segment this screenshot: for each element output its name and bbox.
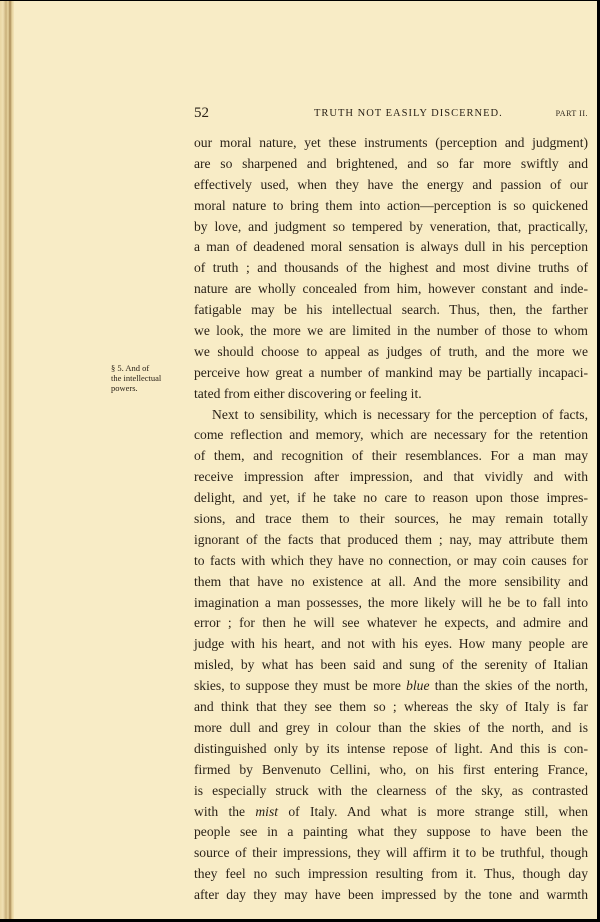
text-fragment: with the: [194, 804, 255, 819]
text-line: nature are wholly concealed from him, ho…: [194, 279, 588, 300]
text-line: people see in a painting what they suppo…: [194, 822, 588, 843]
text-line: to facts with which they have no connect…: [194, 551, 588, 572]
text-line: our moral nature, yet these instruments …: [194, 133, 588, 154]
part-label: PART II.: [556, 109, 588, 118]
text-line: we should choose to appeal as judges of …: [194, 342, 588, 363]
text-line: they feel no such impression resulting f…: [194, 864, 588, 885]
paragraph-1: our moral nature, yet these instruments …: [194, 133, 588, 405]
text-line: receive impression after impression, and…: [194, 467, 588, 488]
text-line: of truth ; and thousands of the highest …: [194, 258, 588, 279]
text-line: moral nature to bring them into action—p…: [194, 196, 588, 217]
margin-note: § 5. And of the intellectual powers.: [111, 363, 193, 393]
text-line: sions, and trace them to their sources, …: [194, 509, 588, 530]
text-line: tated from either discovering or feeling…: [194, 384, 588, 405]
text-line: by love, and judgment so tempered by ven…: [194, 217, 588, 238]
text-line: imagination a man possesses, the more li…: [194, 593, 588, 614]
body-text: our moral nature, yet these instruments …: [194, 133, 588, 906]
text-line: source of their impressions, they will a…: [194, 843, 588, 864]
text-line: Next to sensibility, which is necessary …: [194, 405, 588, 426]
text-line: them that have no existence at all. And …: [194, 572, 588, 593]
text-line: effectively used, when they have the ene…: [194, 175, 588, 196]
paragraph-2: Next to sensibility, which is necessary …: [194, 405, 588, 906]
page-number: 52: [194, 105, 209, 122]
text-line: ignorant of the facts that produced them…: [194, 530, 588, 551]
text-line: distinguished only by its intense repose…: [194, 739, 588, 760]
text-fragment: than the skies of the north,: [429, 678, 588, 693]
book-page: 52 TRUTH NOT EASILY DISCERNED. PART II. …: [0, 0, 597, 919]
text-line: are so sharpened and brightened, and so …: [194, 154, 588, 175]
text-fragment: of Italy. And what is more strange still…: [278, 804, 588, 819]
text-line: error ; for then he will see whatever he…: [194, 613, 588, 634]
text-line: fatigable may be his intellectual search…: [194, 300, 588, 321]
text-line: come reflection and memory, which are ne…: [194, 425, 588, 446]
emphasis-blue: blue: [406, 678, 429, 693]
running-head: 52 TRUTH NOT EASILY DISCERNED. PART II.: [194, 105, 588, 123]
text-line-with-emphasis: with the mist of Italy. And what is more…: [194, 802, 588, 823]
text-line: more dull and grey in colour than the sk…: [194, 718, 588, 739]
margin-note-line: the intellectual: [111, 373, 193, 383]
text-line: perceive how great a number of mankind m…: [194, 363, 588, 384]
text-line-with-emphasis: skies, to suppose they must be more blue…: [194, 676, 588, 697]
text-line: judge with his heart, and not with his e…: [194, 634, 588, 655]
text-line: of them, and recognition of their resemb…: [194, 446, 588, 467]
emphasis-mist: mist: [255, 804, 278, 819]
text-line: misled, by what has been said and sung o…: [194, 655, 588, 676]
text-line: firmed by Benvenuto Cellini, who, on his…: [194, 760, 588, 781]
text-line: and think that they see them so ; wherea…: [194, 697, 588, 718]
running-title: TRUTH NOT EASILY DISCERNED.: [314, 108, 503, 119]
text-line: after day they may have been impressed b…: [194, 885, 588, 906]
text-line: is especially struck with the clearness …: [194, 781, 588, 802]
margin-note-line: § 5. And of: [111, 363, 193, 373]
binding-edge: [0, 1, 14, 919]
margin-note-line: powers.: [111, 383, 193, 393]
text-line: a man of deadened moral sensation is alw…: [194, 237, 588, 258]
text-line: we look, the more we are limited in the …: [194, 321, 588, 342]
text-line: delight, and yet, if he take no care to …: [194, 488, 588, 509]
text-fragment: skies, to suppose they must be more: [194, 678, 406, 693]
